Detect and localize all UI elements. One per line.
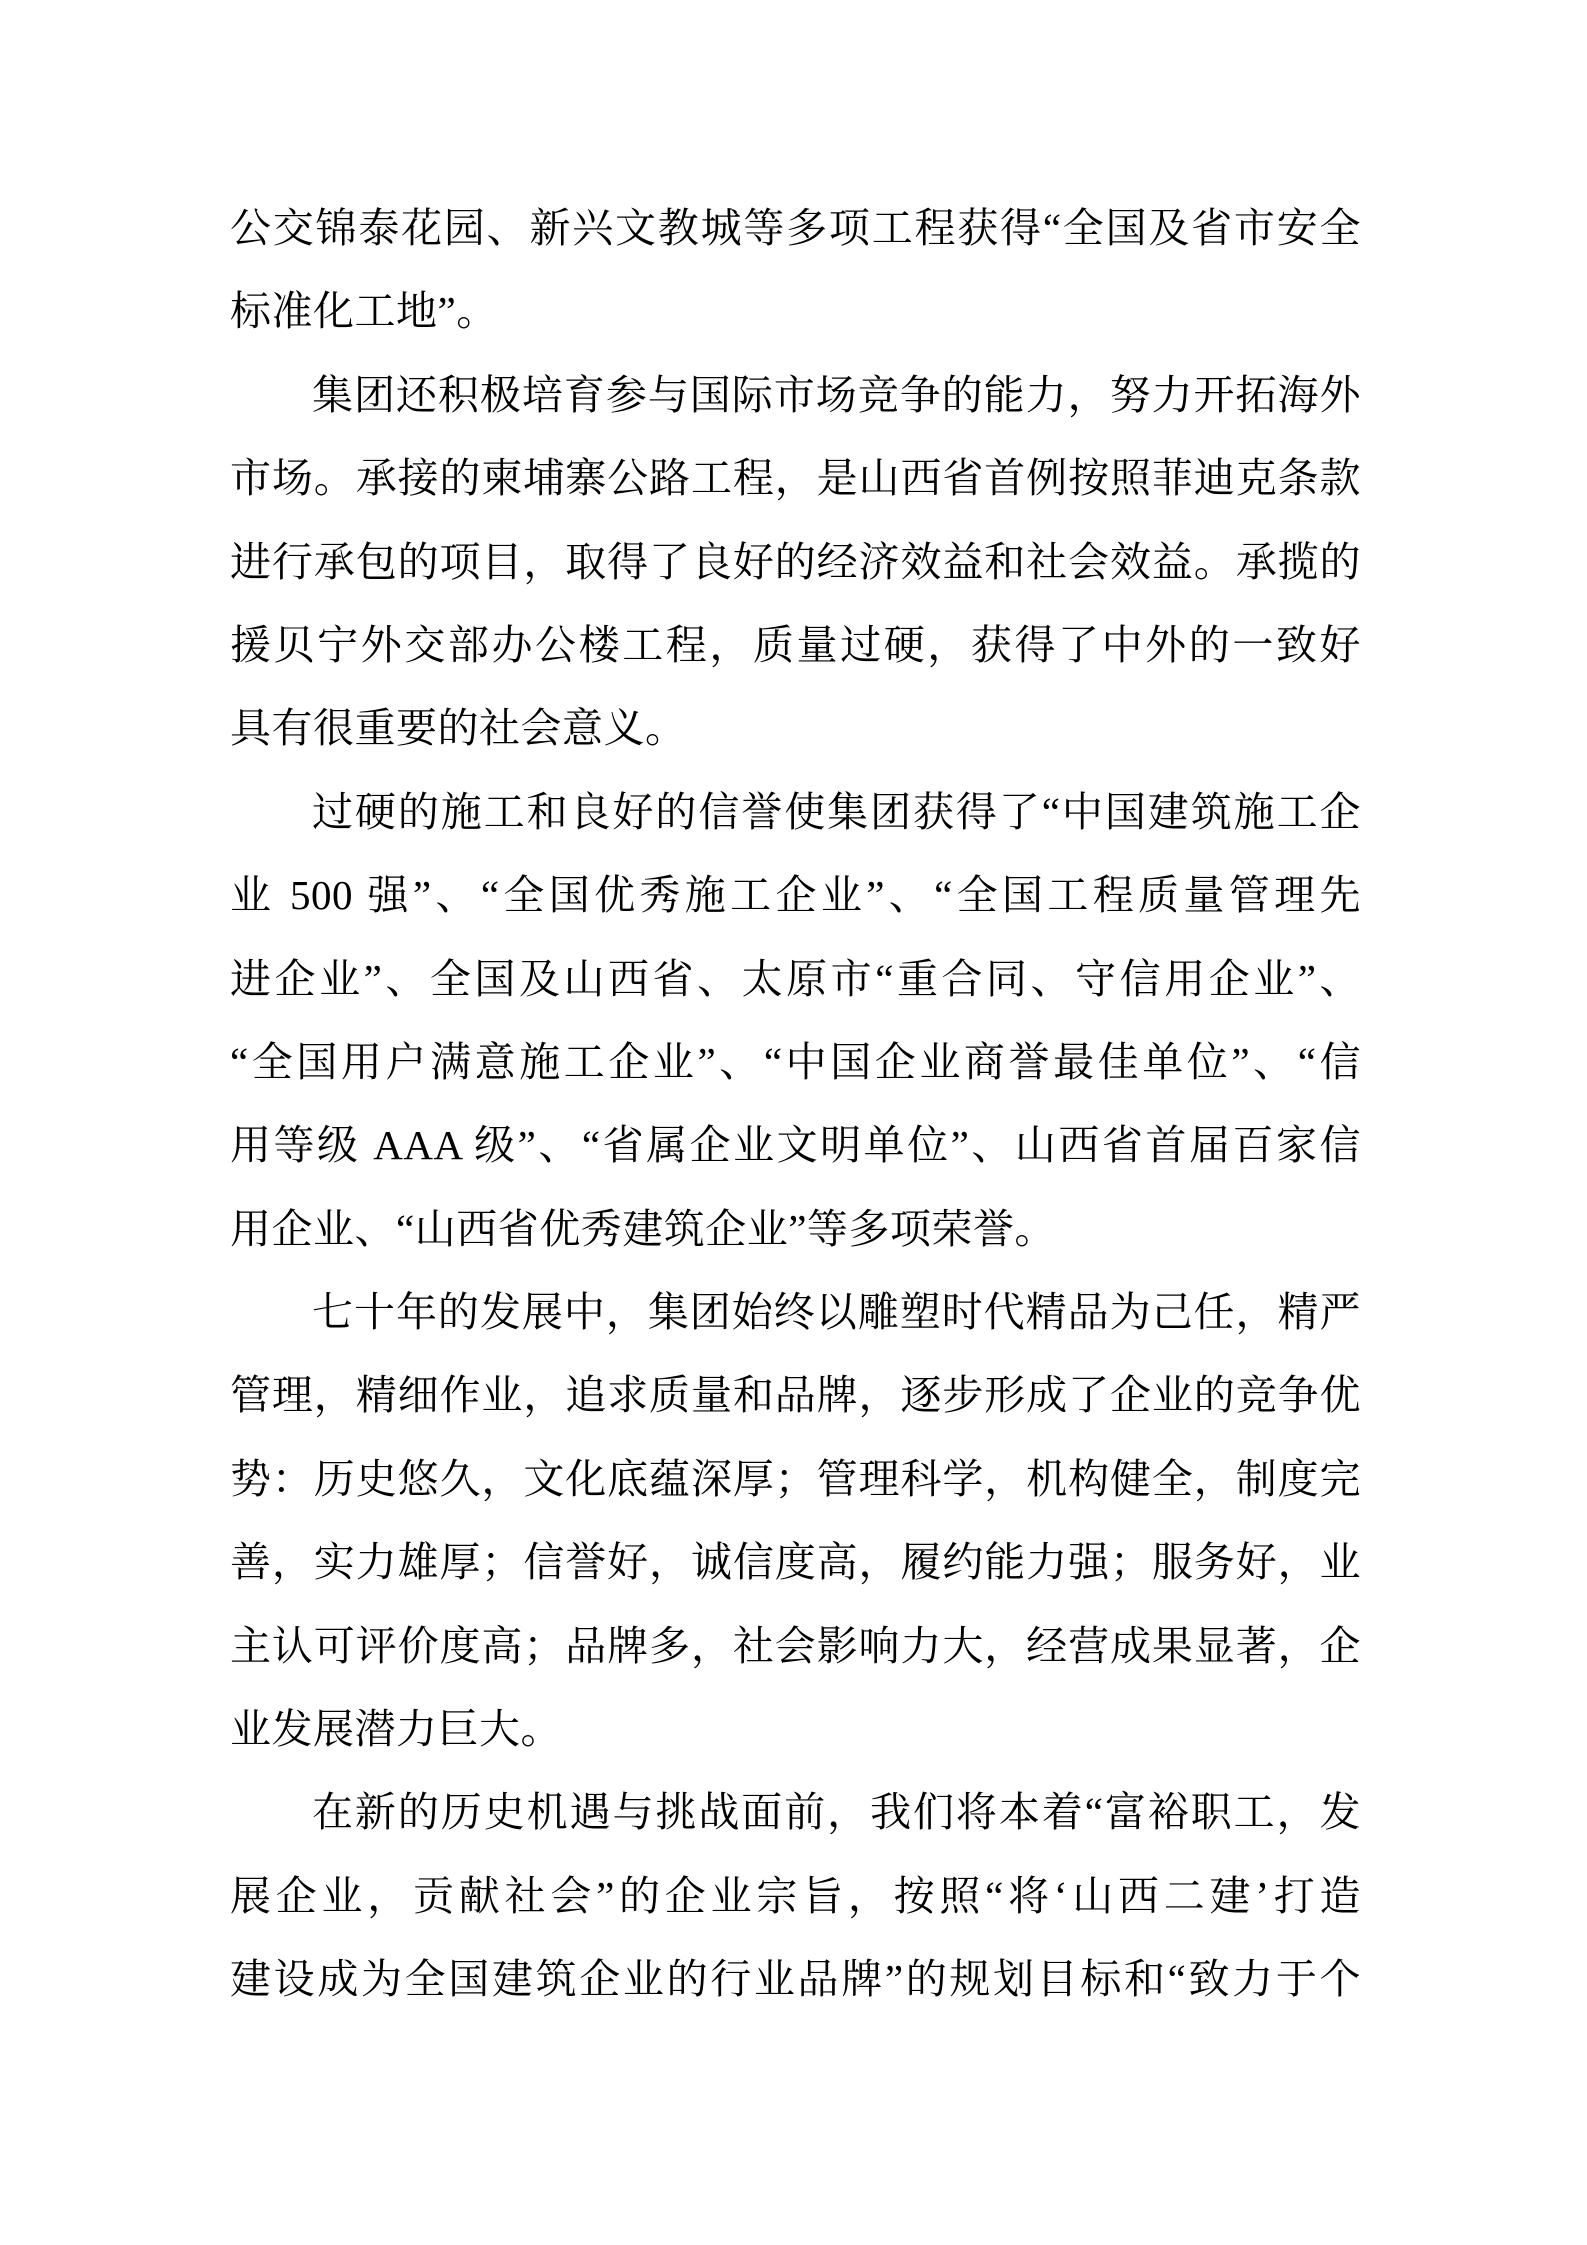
text-line: 进企业”、全国及山西省、太原市“重合同、守信用企业”、 [230, 938, 1361, 1021]
document-text-block: 公交锦泰花园、新兴文教城等多项工程获得“全国及省市安全标准化工地”。集团还积极培… [230, 187, 1361, 2022]
text-line: 建设成为全国建筑企业的行业品牌”的规划目标和“致力于个 [230, 1938, 1361, 2021]
text-line: 市场。承接的柬埔寨公路工程，是山西省首例按照菲迪克条款 [230, 437, 1361, 520]
paragraph: 在新的历史机遇与挑战面前，我们将本着“富裕职工，发展企业，贡献社会”的企业宗旨，… [230, 1771, 1361, 2021]
text-line: 用等级 AAA 级”、“省属企业文明单位”、山西省首届百家信 [230, 1104, 1361, 1187]
text-line: 用企业、“山西省优秀建筑企业”等多项荣誉。 [230, 1188, 1361, 1271]
text-line: 业发展潜力巨大。 [230, 1688, 1361, 1771]
text-line: 集团还积极培育参与国际市场竞争的能力，努力开拓海外 [230, 354, 1361, 437]
text-line: 援贝宁外交部办公楼工程，质量过硬，获得了中外的一致好评， [230, 604, 1361, 687]
text-line: 展企业，贡献社会”的企业宗旨，按照“将‘山西二建’打造 [230, 1855, 1361, 1938]
text-line: 在新的历史机遇与挑战面前，我们将本着“富裕职工，发 [230, 1771, 1361, 1854]
text-line: 标准化工地”。 [230, 270, 1361, 353]
text-line: 进行承包的项目，取得了良好的经济效益和社会效益。承揽的 [230, 521, 1361, 604]
text-line: 过硬的施工和良好的信誉使集团获得了“中国建筑施工企 [230, 771, 1361, 854]
text-line: 具有很重要的社会意义。 [230, 687, 1361, 770]
document-page: 公交锦泰花园、新兴文教城等多项工程获得“全国及省市安全标准化工地”。集团还积极培… [0, 0, 1587, 2245]
text-line: 七十年的发展中，集团始终以雕塑时代精品为己任，精严 [230, 1271, 1361, 1354]
paragraph: 过硬的施工和良好的信誉使集团获得了“中国建筑施工企业 500 强”、“全国优秀施… [230, 771, 1361, 1271]
text-line: 业 500 强”、“全国优秀施工企业”、“全国工程质量管理先 [230, 854, 1361, 937]
text-line: 善，实力雄厚；信誉好，诚信度高，履约能力强；服务好，业 [230, 1521, 1361, 1604]
paragraph: 公交锦泰花园、新兴文教城等多项工程获得“全国及省市安全标准化工地”。 [230, 187, 1361, 354]
text-line: 管理，精细作业，追求质量和品牌，逐步形成了企业的竞争优 [230, 1354, 1361, 1437]
text-line: 势：历史悠久，文化底蕴深厚；管理科学，机构健全，制度完 [230, 1438, 1361, 1521]
text-line: 公交锦泰花园、新兴文教城等多项工程获得“全国及省市安全 [230, 187, 1361, 270]
text-line: 主认可评价度高；品牌多，社会影响力大，经营成果显著，企 [230, 1605, 1361, 1688]
paragraph: 七十年的发展中，集团始终以雕塑时代精品为己任，精严管理，精细作业，追求质量和品牌… [230, 1271, 1361, 1771]
text-line: “全国用户满意施工企业”、“中国企业商誉最佳单位”、“信 [230, 1021, 1361, 1104]
paragraph: 集团还积极培育参与国际市场竞争的能力，努力开拓海外市场。承接的柬埔寨公路工程，是… [230, 354, 1361, 771]
